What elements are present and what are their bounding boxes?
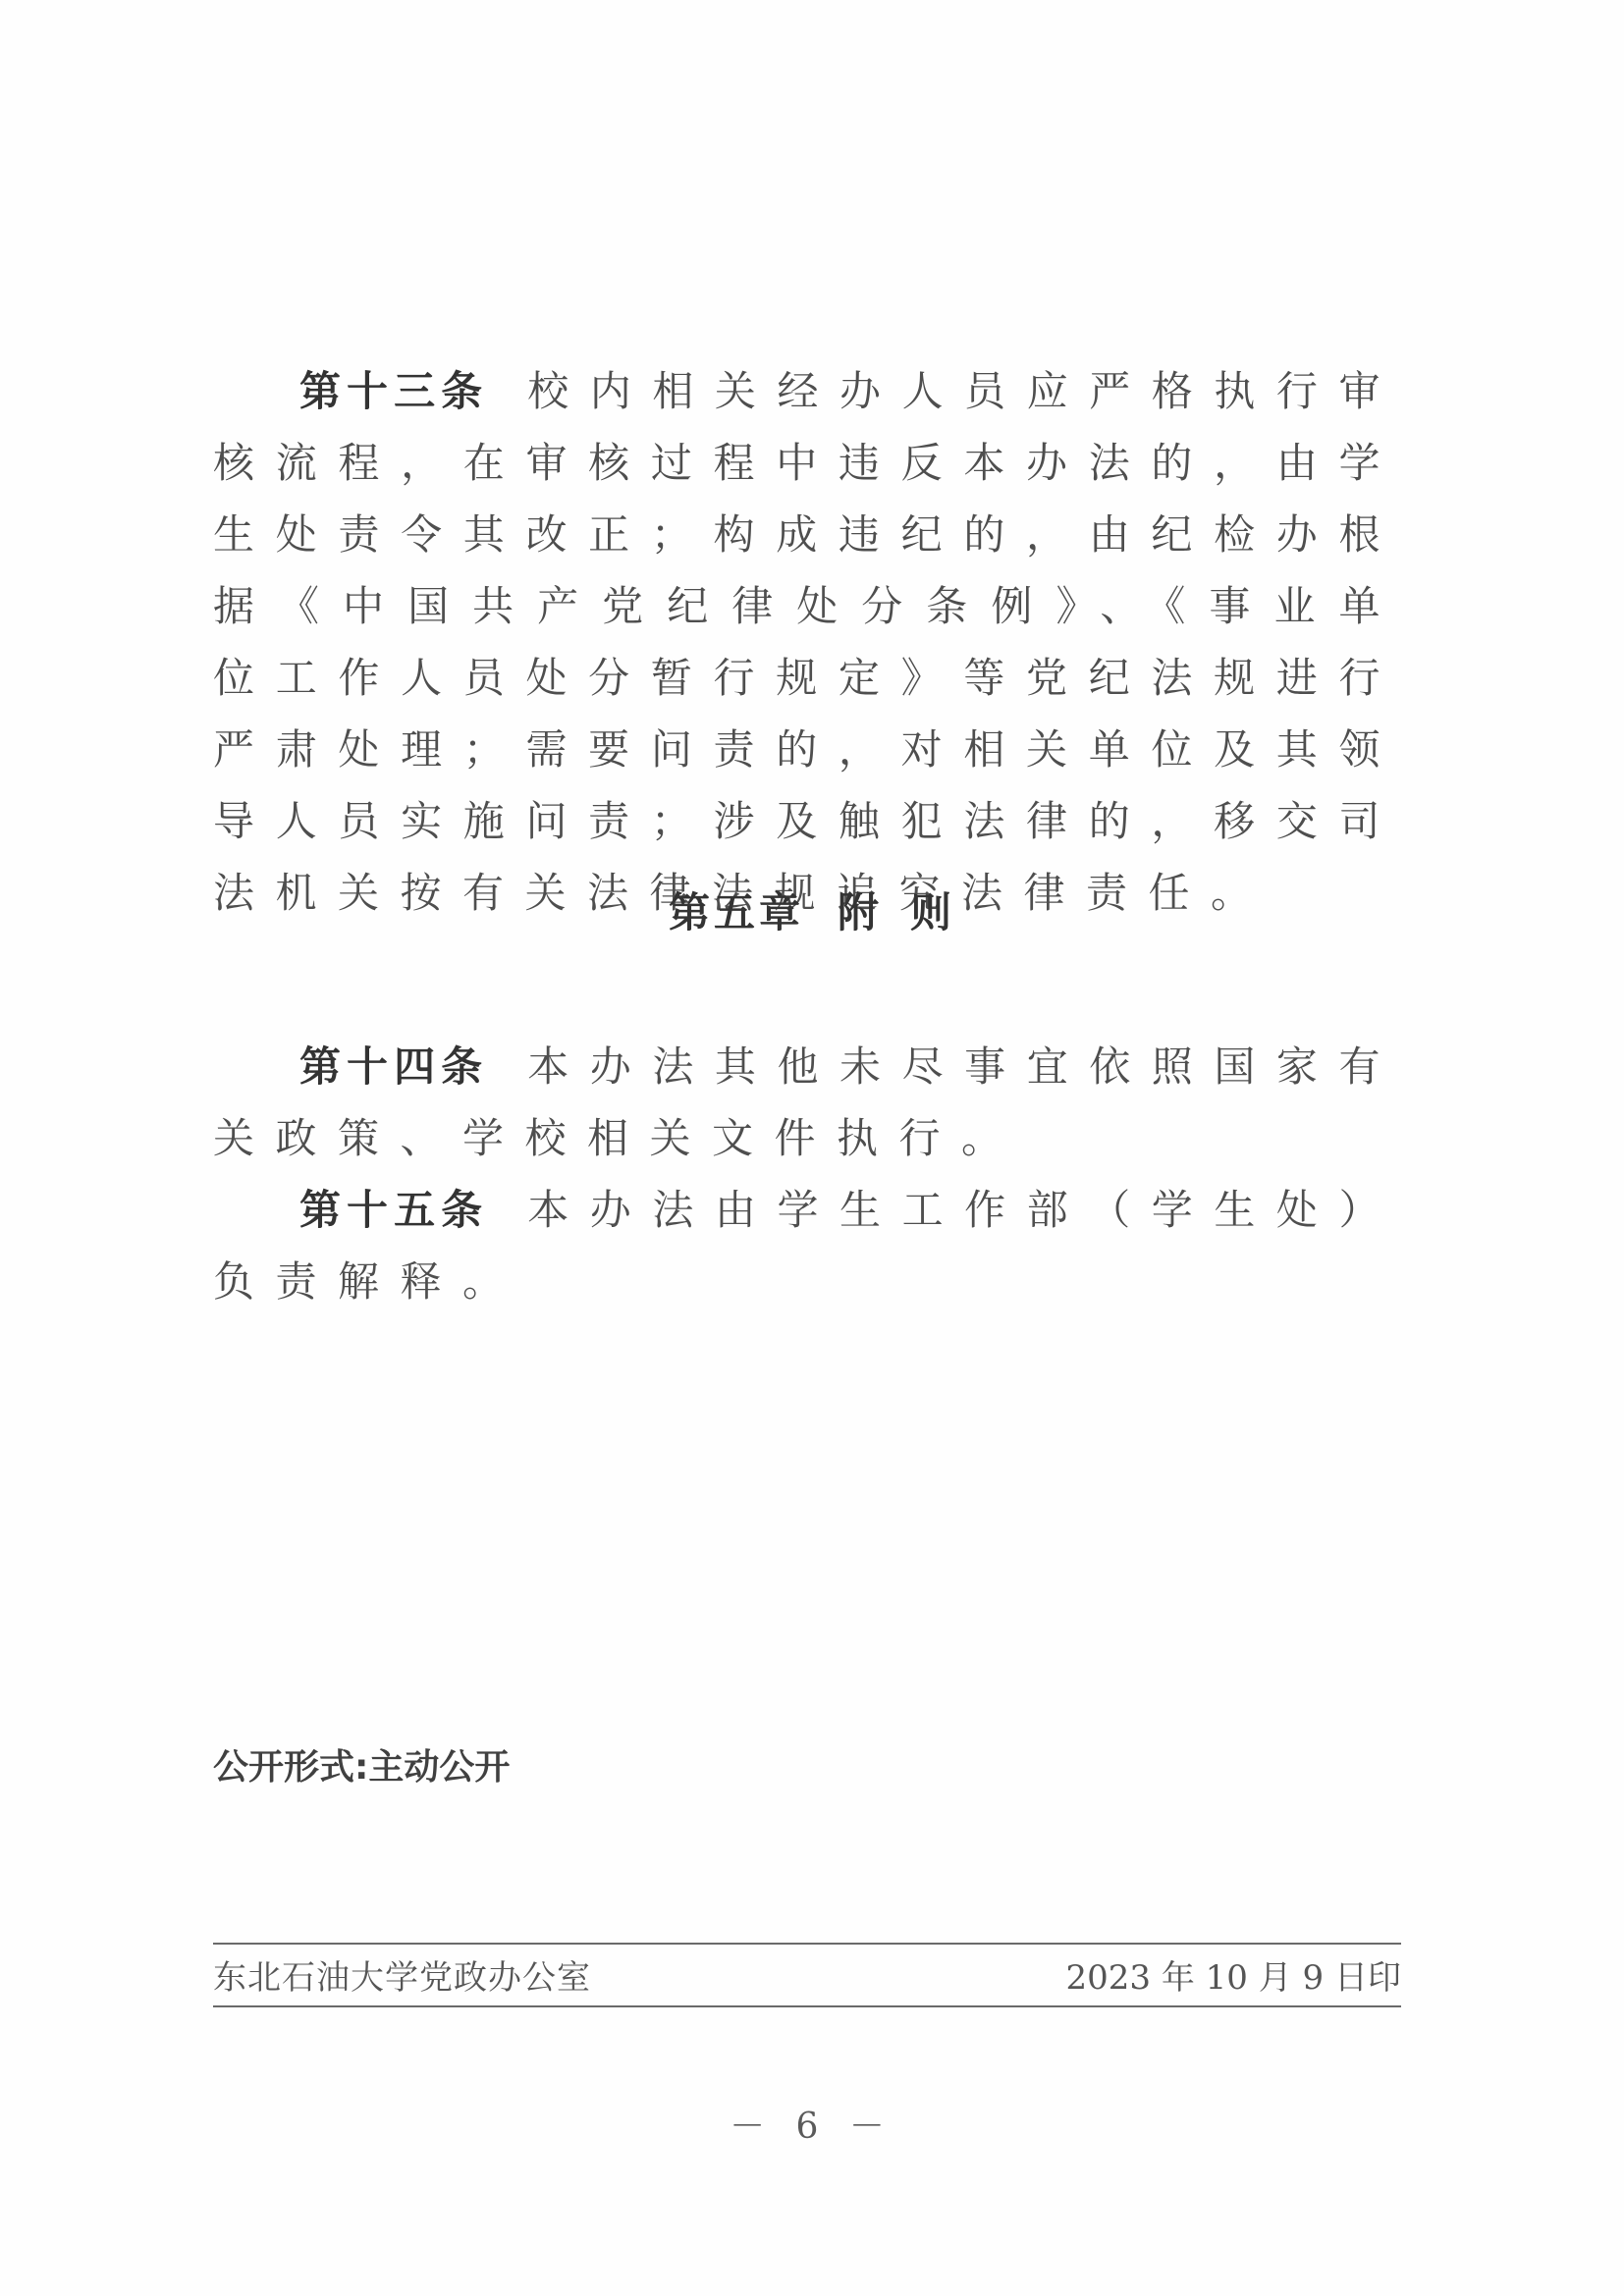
article-13-number: 第十三条 (299, 367, 488, 415)
footer-issuer-row: 东北石油大学党政办公室 2023 年 10 月 9 日印 (213, 1953, 1401, 2002)
article-14-number: 第十四条 (299, 1042, 488, 1091)
chapter-5-heading: 第五章附则 (0, 883, 1624, 942)
article-13-paragraph: 第十三条校内相关经办人员应严格执行审核流程，在审核过程中违反本办法的，由学生处责… (213, 355, 1401, 929)
article-14: 第十四条本办法其他未尽事宜依照国家有关政策、学校相关文件执行。 (213, 1031, 1401, 1174)
disclosure-type: 公开形式:主动公开 (213, 1743, 510, 1792)
document-page: 第十三条校内相关经办人员应严格执行审核流程，在审核过程中违反本办法的，由学生处责… (0, 0, 1624, 2296)
print-date: 2023 年 10 月 9 日印 (1066, 1953, 1401, 2002)
footer-top-rule (213, 1943, 1401, 1945)
article-15-number: 第十五条 (299, 1186, 488, 1234)
article-13-body: 校内相关经办人员应严格执行审核流程，在审核过程中违反本办法的，由学生处责令其改正… (213, 367, 1401, 917)
chapter-5-number: 第五章 (669, 888, 804, 936)
page-number: － 6 － (0, 2099, 1624, 2149)
chapter-5-title-char-1: 附 (838, 888, 883, 936)
article-15-paragraph: 第十五条本办法由学生工作部（学生处）负责解释。 (213, 1174, 1401, 1317)
article-15: 第十五条本办法由学生工作部（学生处）负责解释。 (213, 1174, 1401, 1317)
footer-bottom-rule (213, 2005, 1401, 2007)
article-14-paragraph: 第十四条本办法其他未尽事宜依照国家有关政策、学校相关文件执行。 (213, 1031, 1401, 1174)
issuing-office: 东北石油大学党政办公室 (213, 1953, 591, 2002)
article-13: 第十三条校内相关经办人员应严格执行审核流程，在审核过程中违反本办法的，由学生处责… (213, 355, 1401, 929)
chapter-5-title-char-2: 则 (910, 888, 955, 936)
